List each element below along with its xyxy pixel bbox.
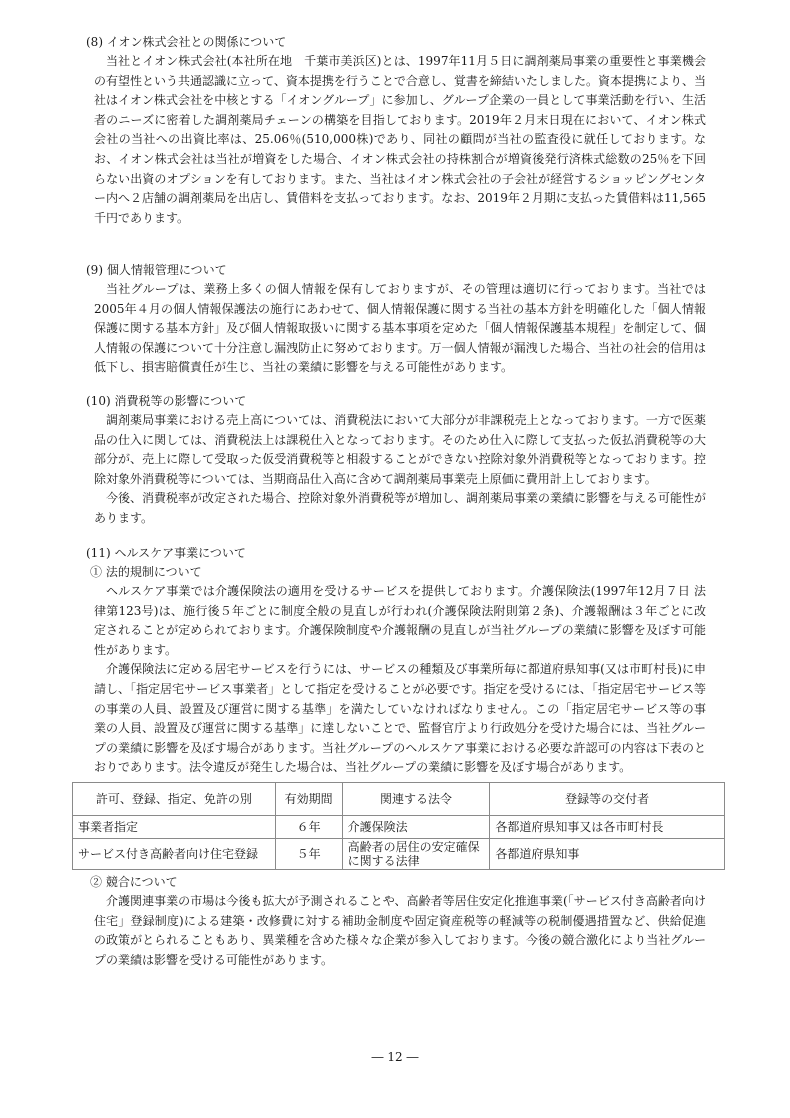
section-heading: (8) イオン株式会社との関係について	[86, 33, 706, 52]
paragraph: 当社グループは、業務上多くの個人情報を保有しておりますが、その管理は適切に行って…	[86, 280, 706, 378]
subsection-competition: ② 競合について 介護関連事業の市場は今後も拡大が予測されることや、高齢者等居住…	[86, 873, 706, 970]
page-number: ― 12 ―	[0, 1050, 790, 1064]
section-consumption-tax: (10) 消費税等の影響について 調剤薬局事業における売上高については、消費税法…	[86, 392, 706, 529]
table-header: 登録等の交付者	[490, 783, 725, 816]
table-header: 有効期間	[275, 783, 342, 816]
section-heading: (11) ヘルスケア事業について	[86, 544, 706, 563]
table-header: 許可、登録、指定、免許の別	[73, 783, 276, 816]
subsection-heading-regulation: ① 法的規制について	[86, 563, 706, 582]
document-page: (8) イオン株式会社との関係について 当社とイオン株式会社(本社所在地 千葉市…	[0, 0, 790, 1118]
section-healthcare: (11) ヘルスケア事業について ① 法的規制について ヘルスケア事業では介護保…	[86, 544, 706, 778]
table-cell: 介護保険法	[342, 816, 490, 839]
table-row: 事業者指定 ６年 介護保険法 各都道府県知事又は各市町村長	[73, 816, 725, 839]
paragraph: 当社とイオン株式会社(本社所在地 千葉市美浜区)とは、1997年11月５日に調剤…	[86, 52, 706, 228]
table-cell: サービス付き高齢者向け住宅登録	[73, 839, 276, 870]
paragraph: ヘルスケア事業では介護保険法の適用を受けるサービスを提供しております。介護保険法…	[86, 582, 706, 660]
table-cell: 事業者指定	[73, 816, 276, 839]
paragraph: 今後、消費税率が改定された場合、控除対象外消費税等が増加し、調剤薬局事業の業績に…	[86, 489, 706, 528]
section-aeon-relationship: (8) イオン株式会社との関係について 当社とイオン株式会社(本社所在地 千葉市…	[86, 33, 706, 228]
table-cell: ５年	[275, 839, 342, 870]
paragraph: 調剤薬局事業における売上高については、消費税法において大部分が非課税売上となって…	[86, 411, 706, 489]
permits-table: 許可、登録、指定、免許の別 有効期間 関連する法令 登録等の交付者 事業者指定 …	[72, 782, 725, 870]
table-header: 関連する法令	[342, 783, 490, 816]
table-cell: 各都道府県知事又は各市町村長	[490, 816, 725, 839]
section-personal-info: (9) 個人情報管理について 当社グループは、業務上多くの個人情報を保有しており…	[86, 261, 706, 378]
table-cell: 各都道府県知事	[490, 839, 725, 870]
section-heading: (10) 消費税等の影響について	[86, 392, 706, 411]
section-heading: (9) 個人情報管理について	[86, 261, 706, 280]
paragraph: 介護関連事業の市場は今後も拡大が予測されることや、高齢者等居住安定化推進事業(「…	[86, 892, 706, 970]
table-cell: 高齢者の居住の安定確保に関する法律	[342, 839, 490, 870]
subsection-heading-competition: ② 競合について	[86, 873, 706, 892]
table-row: サービス付き高齢者向け住宅登録 ５年 高齢者の居住の安定確保に関する法律 各都道…	[73, 839, 725, 870]
table-cell: ６年	[275, 816, 342, 839]
paragraph: 介護保険法に定める居宅サービスを行うには、サービスの種類及び事業所毎に都道府県知…	[86, 660, 706, 778]
table-header-row: 許可、登録、指定、免許の別 有効期間 関連する法令 登録等の交付者	[73, 783, 725, 816]
